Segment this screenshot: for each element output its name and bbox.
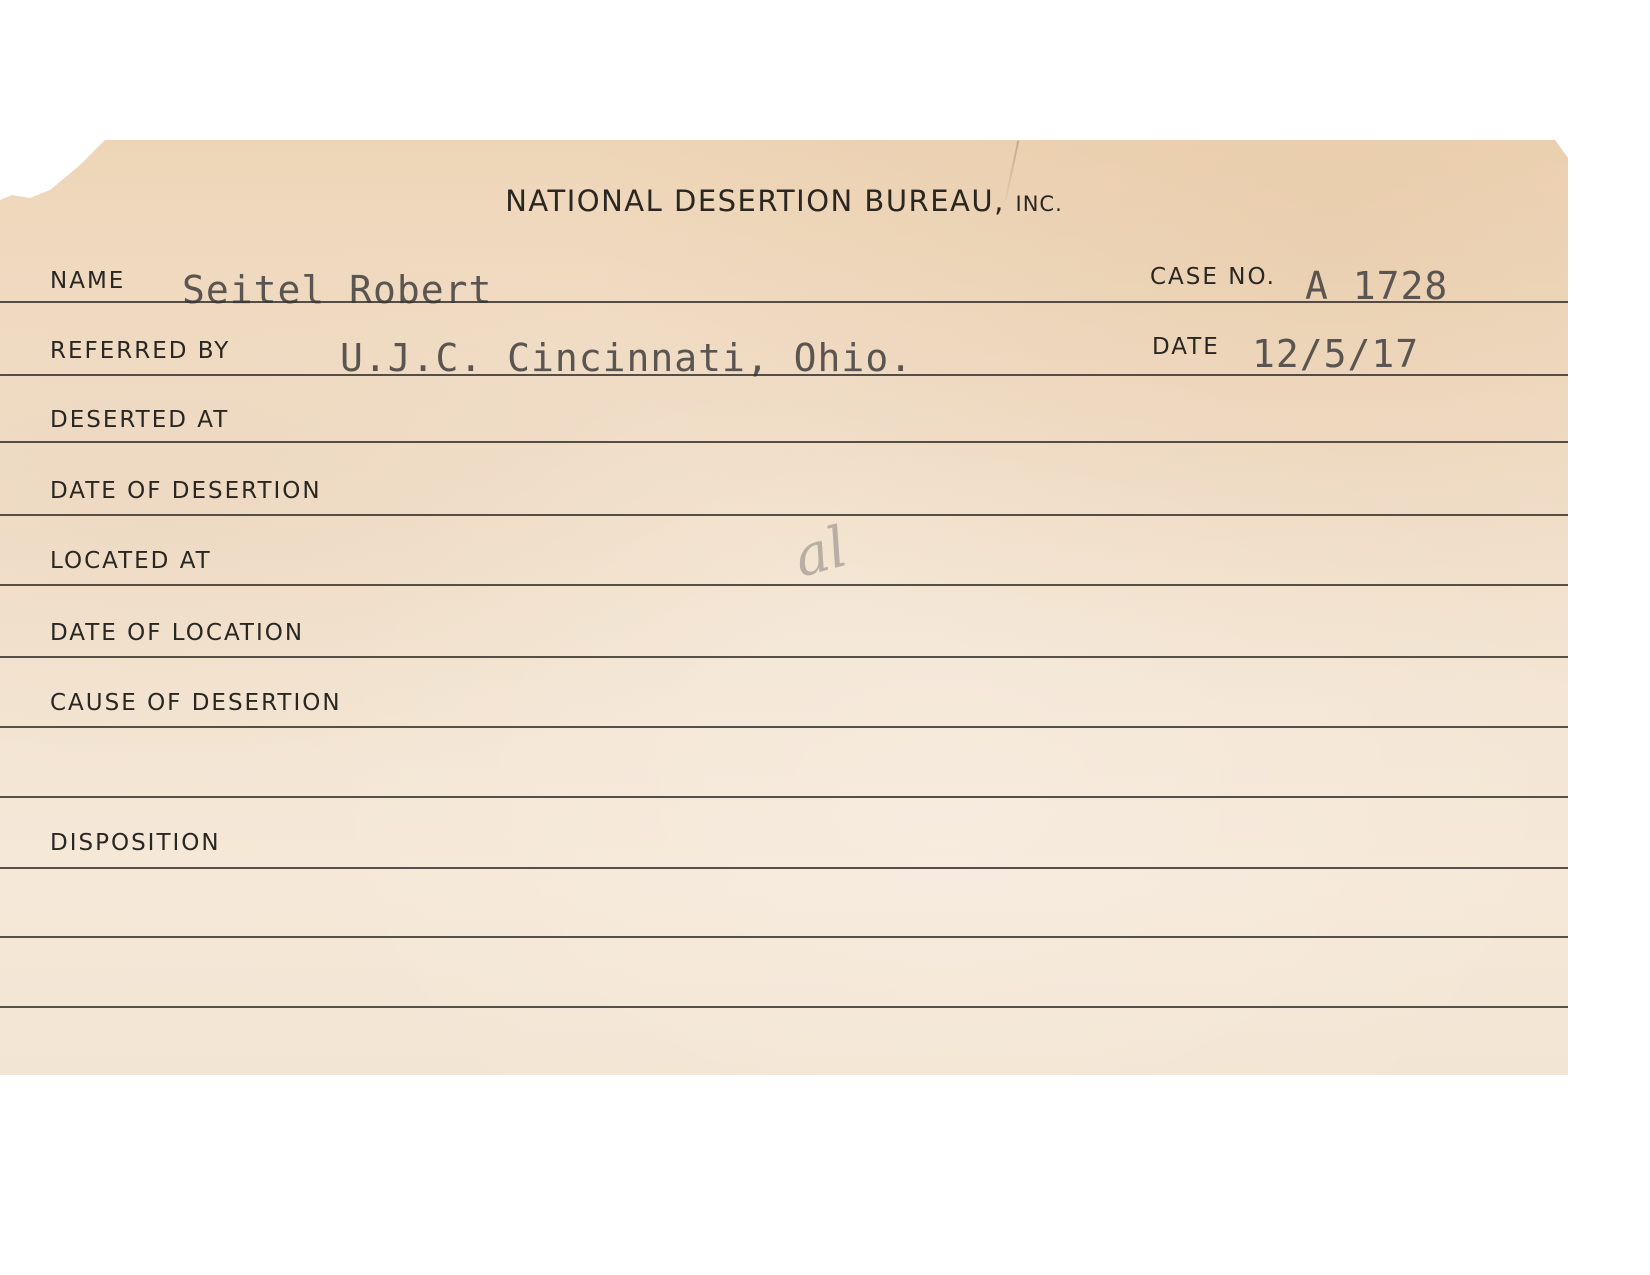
date-of-desertion-line [0, 514, 1568, 516]
cause-of-desertion-line [0, 726, 1568, 728]
cause-of-desertion-extra-line [0, 796, 1568, 798]
deserted-at-label: DESERTED AT [50, 407, 229, 433]
disposition-label: DISPOSITION [50, 830, 221, 856]
disposition-extra-line-1 [0, 936, 1568, 938]
card-title: NATIONAL DESERTION BUREAU, INC. [0, 184, 1568, 218]
cause-of-desertion-label: CAUSE OF DESERTION [50, 690, 342, 716]
name-value: Seitel Robert [182, 268, 492, 312]
disposition-extra-line-2 [0, 1006, 1568, 1008]
date-label: DATE [1152, 334, 1220, 360]
record-card: NATIONAL DESERTION BUREAU, INC. NAME Sei… [0, 140, 1568, 1075]
date-of-desertion-label: DATE OF DESERTION [50, 478, 322, 504]
located-at-line [0, 584, 1568, 586]
organization-name: NATIONAL DESERTION BUREAU, [505, 184, 1005, 218]
name-line [0, 301, 1568, 303]
referred-by-line [0, 374, 1568, 376]
date-value: 12/5/17 [1252, 332, 1419, 376]
date-of-location-line [0, 656, 1568, 658]
deserted-at-line [0, 441, 1568, 443]
organization-suffix: INC. [1016, 192, 1063, 216]
referred-by-label: REFERRED BY [50, 338, 230, 364]
disposition-line [0, 867, 1568, 869]
case-no-label: CASE NO. [1150, 264, 1276, 290]
name-label: NAME [50, 268, 125, 294]
handwritten-mark: al [787, 514, 853, 590]
located-at-label: LOCATED AT [50, 548, 212, 574]
date-of-location-label: DATE OF LOCATION [50, 620, 304, 646]
